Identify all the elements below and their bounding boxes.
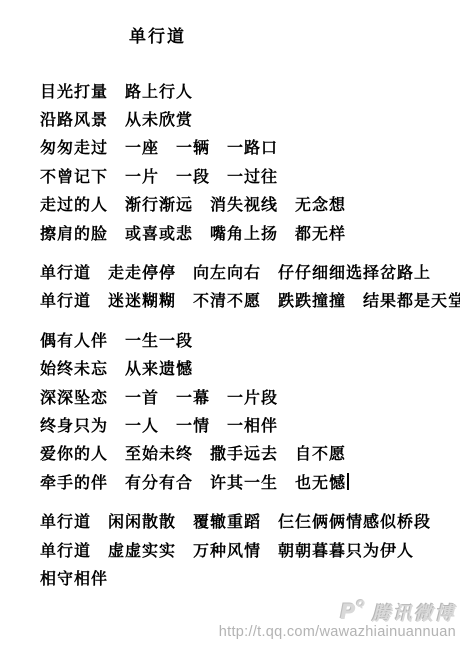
lyric-line-text: 偶有人伴 一生一段 [40,328,193,351]
text-cursor [347,473,349,490]
logo-letter-p: P [340,602,355,623]
lyric-line: 匆匆走过 一座 一辆 一路口 [40,133,450,161]
stanza: 单行道 走走停停 向左向右 仔仔细细选择岔路上单行道 迷迷糊糊 不清不愿 跌跌撞… [40,257,450,314]
lyric-line: 沿路风景 从未欣赏 [40,104,450,132]
lyric-line-text: 目光打量 路上行人 [40,79,193,102]
stanza: 单行道 闲闲散散 覆辙重蹈 仨仨俩俩情感似桥段单行道 虚虚实实 万种风情 朝朝暮… [40,506,450,591]
lyric-line-text: 单行道 虚虚实实 万种风情 朝朝暮暮只为伊人 [40,538,414,561]
lyric-line: 擦肩的脸 或喜或悲 嘴角上扬 都无样 [40,218,450,246]
logo-letter-q: Q [356,600,365,610]
lyric-line: 走过的人 渐行渐远 消失视线 无念想 [40,190,450,218]
lyric-line: 相守相伴 [40,563,450,591]
lyric-line-text: 相守相伴 [40,566,108,589]
lyric-line: 终身只为 一人 一情 一相伴 [40,410,450,438]
lyric-line-text: 始终未忘 从来遗憾 [40,356,193,379]
lyric-line: 单行道 迷迷糊糊 不清不愿 跌跌撞撞 结果都是天堂 [40,286,450,314]
lyric-line: 单行道 虚虚实实 万种风情 朝朝暮暮只为伊人 [40,535,450,563]
lyric-line-text: 深深坠恋 一首 一幕 一片段 [40,385,278,408]
lyric-line-text: 单行道 迷迷糊糊 不清不愿 跌跌撞撞 结果都是天堂 [40,288,460,311]
lyric-line: 深深坠恋 一首 一幕 一片段 [40,382,450,410]
lyrics-text-area[interactable]: 目光打量 路上行人沿路风景 从未欣赏匆匆走过 一座 一辆 一路口不曾记下 一片 … [40,76,450,592]
lyric-line-text: 单行道 走走停停 向左向右 仔仔细细选择岔路上 [40,260,431,283]
lyric-line-text: 单行道 闲闲散散 覆辙重蹈 仨仨俩俩情感似桥段 [40,509,431,532]
lyric-line: 不曾记下 一片 一段 一过往 [40,161,450,189]
lyric-line-text: 沿路风景 从未欣赏 [40,107,193,130]
lyric-line: 目光打量 路上行人 [40,76,450,104]
lyric-line: 爱你的人 至始未终 撒手远去 自不愿 [40,439,450,467]
lyric-line-text: 走过的人 渐行渐远 消失视线 无念想 [40,192,346,215]
page-title: 单行道 [129,22,186,47]
lyric-line-text: 擦肩的脸 或喜或悲 嘴角上扬 都无样 [40,221,346,244]
document-page: { "page": { "background": "#ffffff", "te… [0,0,460,645]
watermark: P Q 腾讯微博 http://t.qq.com/wawazhiainuannu… [219,601,456,640]
lyric-line-text: 匆匆走过 一座 一辆 一路口 [40,135,278,158]
watermark-brand-name: 腾讯微博 [372,599,456,626]
watermark-url: http://t.qq.com/wawazhiainuannuan [219,624,456,640]
lyric-line-text: 终身只为 一人 一情 一相伴 [40,413,278,436]
lyric-line: 牵手的伴 有分有合 许其一生 也无憾 [40,467,450,495]
lyric-line-text: 爱你的人 至始未终 撒手远去 自不愿 [40,441,346,464]
tencent-weibo-logo-icon: P Q [340,602,365,623]
lyric-line: 单行道 闲闲散散 覆辙重蹈 仨仨俩俩情感似桥段 [40,506,450,534]
lyric-line: 始终未忘 从来遗憾 [40,354,450,382]
watermark-brand-row: P Q 腾讯微博 [219,601,456,623]
stanza: 目光打量 路上行人沿路风景 从未欣赏匆匆走过 一座 一辆 一路口不曾记下 一片 … [40,76,450,246]
lyric-line: 单行道 走走停停 向左向右 仔仔细细选择岔路上 [40,257,450,285]
lyric-line-text: 牵手的伴 有分有合 许其一生 也无憾 [40,470,346,493]
stanza: 偶有人伴 一生一段始终未忘 从来遗憾深深坠恋 一首 一幕 一片段终身只为 一人 … [40,325,450,495]
lyric-line: 偶有人伴 一生一段 [40,325,450,353]
lyric-line-text: 不曾记下 一片 一段 一过往 [40,164,278,187]
